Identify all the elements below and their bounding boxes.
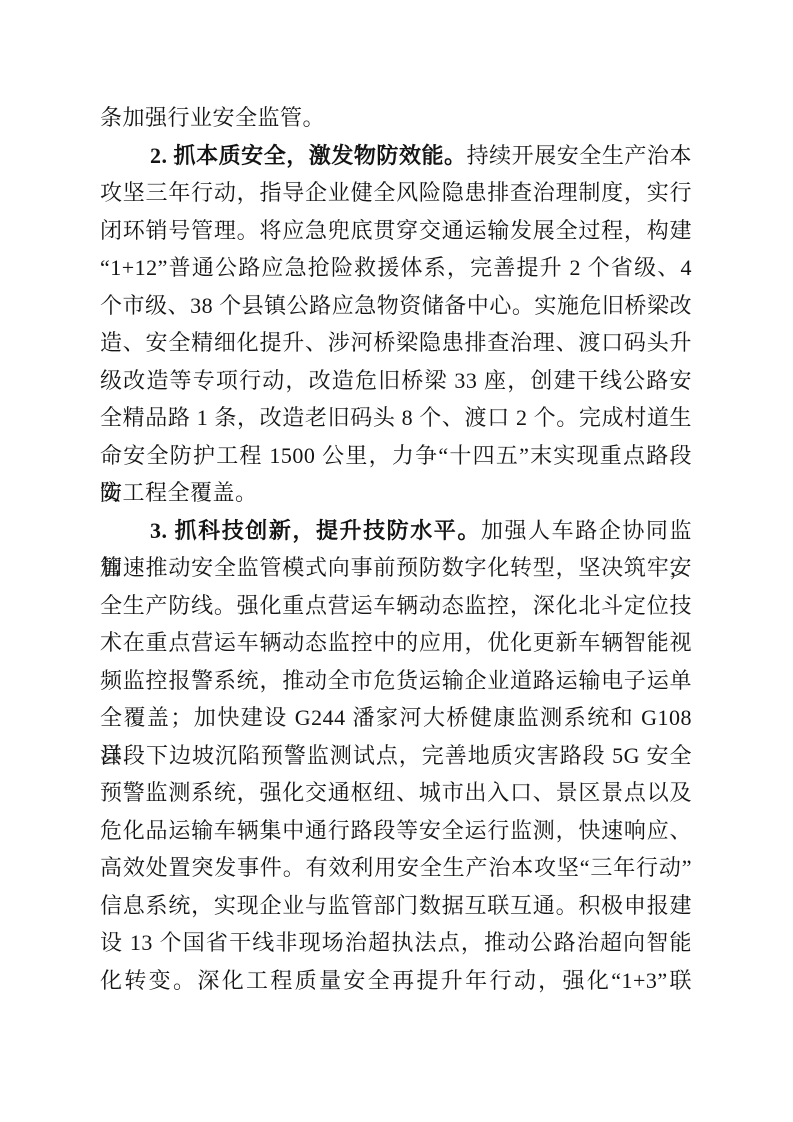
paragraph-heading-text: 2. 抓本质安全，激发物防效能。 [150, 143, 467, 168]
text-line: 造、安全精细化提升、涉河桥梁隐患排查治理、渡口码头升 [100, 324, 692, 362]
document-body: 条加强行业安全监管。2. 抓本质安全，激发物防效能。持续开展安全生产治本攻坚三年… [100, 99, 692, 999]
paragraph-text: 设 13 个国省干线非现场治超执法点，推动公路治超向智能 [100, 930, 692, 955]
text-line: 化转变。深化工程质量安全再提升年行动，强化“1+3”联 [100, 962, 692, 1000]
paragraph-text: 持续开展安全生产治本 [467, 143, 692, 168]
text-line: 高效处置突发事件。有效利用安全生产治本攻坚“三年行动” [100, 849, 692, 887]
paragraph-text: 预警监测系统，强化交通枢纽、城市出入口、景区景点以及 [100, 780, 692, 805]
paragraph-text: 造、安全精细化提升、涉河桥梁隐患排查治理、渡口码头升 [100, 330, 692, 355]
text-line: 攻坚三年行动，指导企业健全风险隐患排查治理制度，实行 [100, 174, 692, 212]
text-line: “1+12”普通公路应急抢险救援体系，完善提升 2 个省级、4 [100, 249, 692, 287]
text-line: 个市级、38 个县镇公路应急物资储备中心。实施危旧桥梁改 [100, 287, 692, 325]
text-line: 危化品运输车辆集中通行路段等安全运行监测，快速响应、 [100, 812, 692, 850]
text-line: 全生产防线。强化重点营运车辆动态监控，深化北斗定位技 [100, 587, 692, 625]
text-line: 设 13 个国省干线非现场治超执法点，推动公路治超向智能 [100, 924, 692, 962]
paragraph-text: 加速推动安全监管模式向事前预防数字化转型，坚决筑牢安 [100, 555, 692, 580]
paragraph-heading-text: 3. 抓科技创新，提升技防水平。 [150, 518, 481, 543]
text-line: 频监控报警系统，推动全市危货运输企业道路运输电子运单 [100, 662, 692, 700]
paragraph-text: 信息系统，实现企业与监管部门数据互联互通。积极申报建 [100, 893, 692, 918]
text-line: 加速推动安全监管模式向事前预防数字化转型，坚决筑牢安 [100, 549, 692, 587]
text-line: 级改造等专项行动，改造危旧桥梁 33 座，创建干线公路安 [100, 362, 692, 400]
paragraph-text: 条加强行业安全监管。 [100, 105, 325, 130]
text-line: 全精品路 1 条，改造老旧码头 8 个、渡口 2 个。完成村道生 [100, 399, 692, 437]
text-line: 信息系统，实现企业与监管部门数据互联互通。积极申报建 [100, 887, 692, 925]
paragraph-text: 个市级、38 个县镇公路应急物资储备中心。实施危旧桥梁改 [100, 293, 692, 318]
text-line: 预警监测系统，强化交通枢纽、城市出入口、景区景点以及 [100, 774, 692, 812]
text-line: 3. 抓科技创新，提升技防水平。加强人车路企协同监管， [100, 512, 692, 550]
text-line: 全覆盖；加快建设 G244 潘家河大桥健康监测系统和 G108 洋 [100, 699, 692, 737]
paragraph-text: 防工程全覆盖。 [100, 480, 258, 505]
text-line: 县段下边坡沉陷预警监测试点，完善地质灾害路段 5G 安全 [100, 737, 692, 775]
paragraph-text: 全生产防线。强化重点营运车辆动态监控，深化北斗定位技 [100, 593, 692, 618]
paragraph-text: 全精品路 1 条，改造老旧码头 8 个、渡口 2 个。完成村道生 [100, 405, 692, 430]
paragraph-text: 高效处置突发事件。有效利用安全生产治本攻坚“三年行动” [100, 855, 692, 880]
text-line: 2. 抓本质安全，激发物防效能。持续开展安全生产治本 [100, 137, 692, 175]
paragraph-text: “1+12”普通公路应急抢险救援体系，完善提升 2 个省级、4 [100, 255, 692, 280]
text-line: 条加强行业安全监管。 [100, 99, 692, 137]
paragraph-text: 闭环销号管理。将应急兜底贯穿交通运输发展全过程，构建 [100, 218, 692, 243]
paragraph-text: 危化品运输车辆集中通行路段等安全运行监测，快速响应、 [100, 818, 692, 843]
text-line: 命安全防护工程 1500 公里，力争“十四五”末实现重点路段安 [100, 437, 692, 475]
paragraph-text: 化转变。深化工程质量安全再提升年行动，强化“1+3”联 [100, 968, 692, 993]
text-line: 防工程全覆盖。 [100, 474, 692, 512]
text-line: 闭环销号管理。将应急兜底贯穿交通运输发展全过程，构建 [100, 212, 692, 250]
paragraph-text: 术在重点营运车辆动态监控中的应用，优化更新车辆智能视 [100, 630, 692, 655]
paragraph-text: 县段下边坡沉陷预警监测试点，完善地质灾害路段 5G 安全 [100, 743, 692, 768]
paragraph-text: 攻坚三年行动，指导企业健全风险隐患排查治理制度，实行 [100, 180, 692, 205]
paragraph-text: 级改造等专项行动，改造危旧桥梁 33 座，创建干线公路安 [100, 368, 692, 393]
document-page: 条加强行业安全监管。2. 抓本质安全，激发物防效能。持续开展安全生产治本攻坚三年… [0, 0, 793, 1122]
text-line: 术在重点营运车辆动态监控中的应用，优化更新车辆智能视 [100, 624, 692, 662]
paragraph-text: 频监控报警系统，推动全市危货运输企业道路运输电子运单 [100, 668, 692, 693]
